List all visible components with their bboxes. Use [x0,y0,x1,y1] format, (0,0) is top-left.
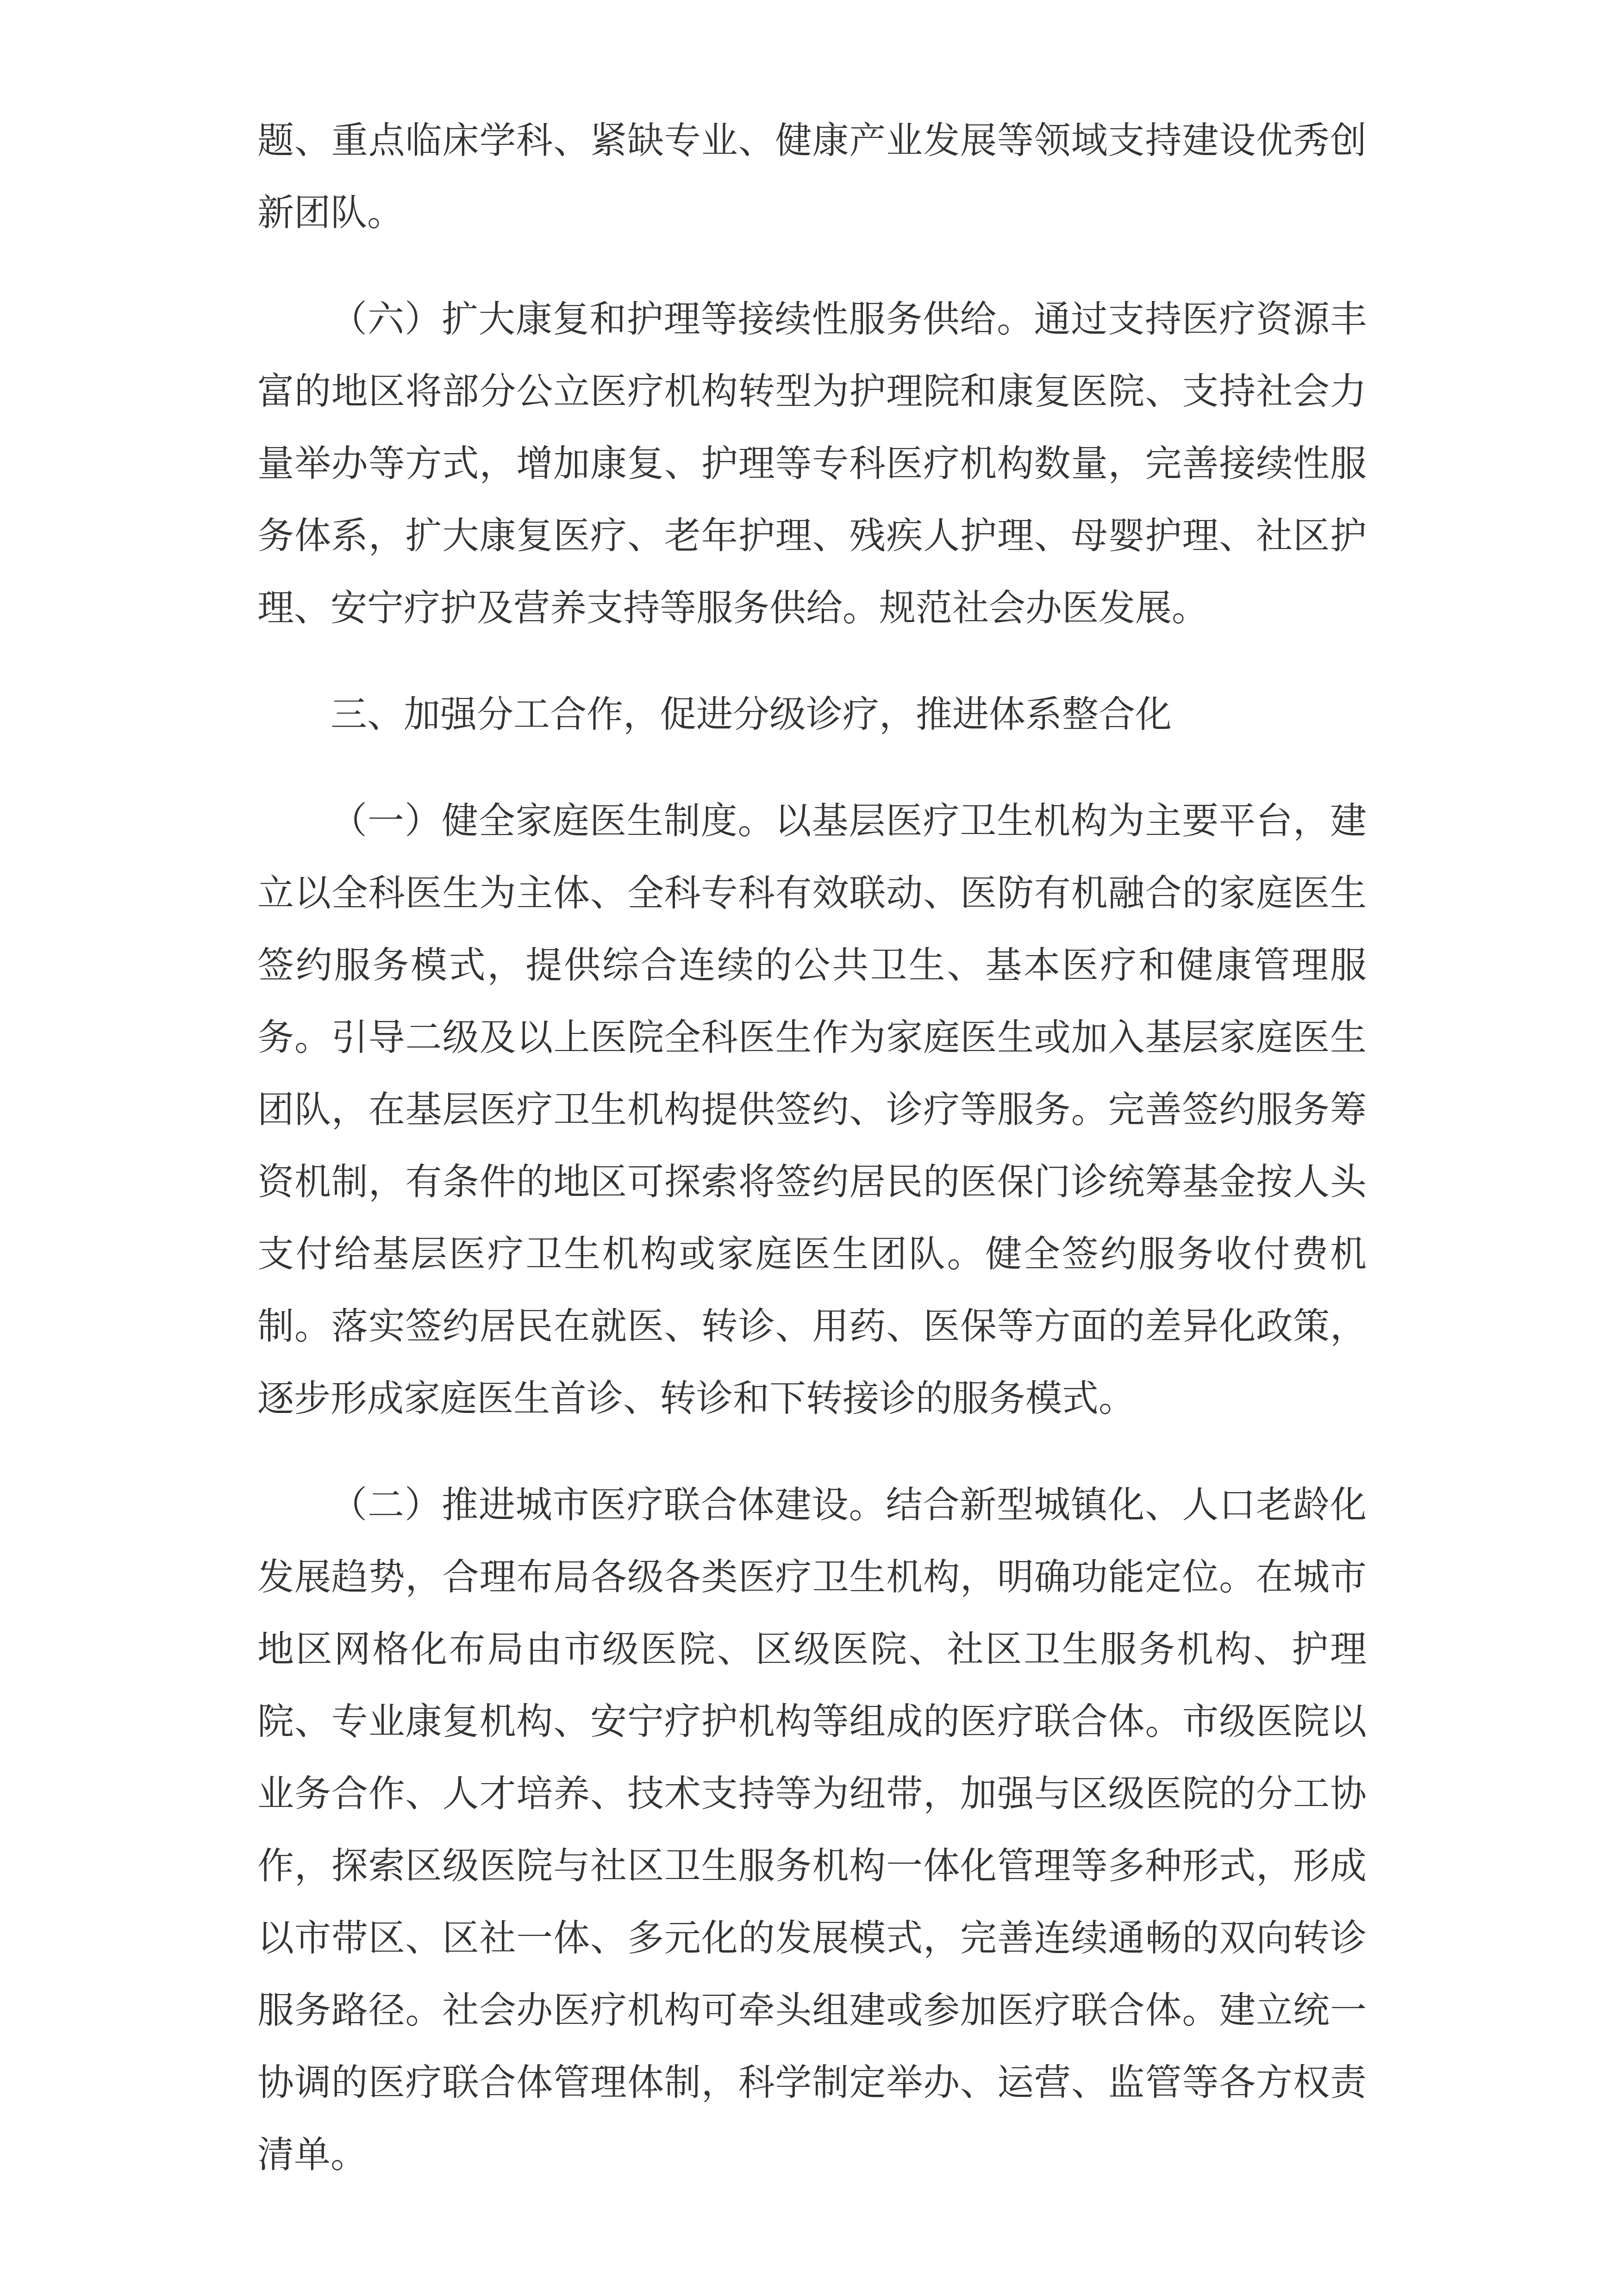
page: 题、重点临床学科、紧缺专业、健康产业发展等领域支持建设优秀创新团队。 （六）扩大… [0,0,1624,2296]
document-body: 题、重点临床学科、紧缺专业、健康产业发展等领域支持建设优秀创新团队。 （六）扩大… [257,106,1367,2192]
continuation-paragraph: 题、重点临床学科、紧缺专业、健康产业发展等领域支持建设优秀创新团队。 [257,106,1367,250]
document-page: { "page": { "background_color": "#ffffff… [0,0,1624,2296]
item-6-paragraph: （六）扩大康复和护理等接续性服务供给。通过支持医疗资源丰富的地区将部分公立医疗机… [257,284,1367,645]
item-2-paragraph: （二）推进城市医疗联合体建设。结合新型城镇化、人口老龄化发展趋势，合理布局各级各… [257,1470,1367,2192]
section-3-heading: 三、加强分工合作，促进分级诊疗，推进体系整合化 [257,679,1367,752]
item-1-paragraph: （一）健全家庭医生制度。以基层医疗卫生机构为主要平台，建立以全科医生为主体、全科… [257,786,1367,1436]
